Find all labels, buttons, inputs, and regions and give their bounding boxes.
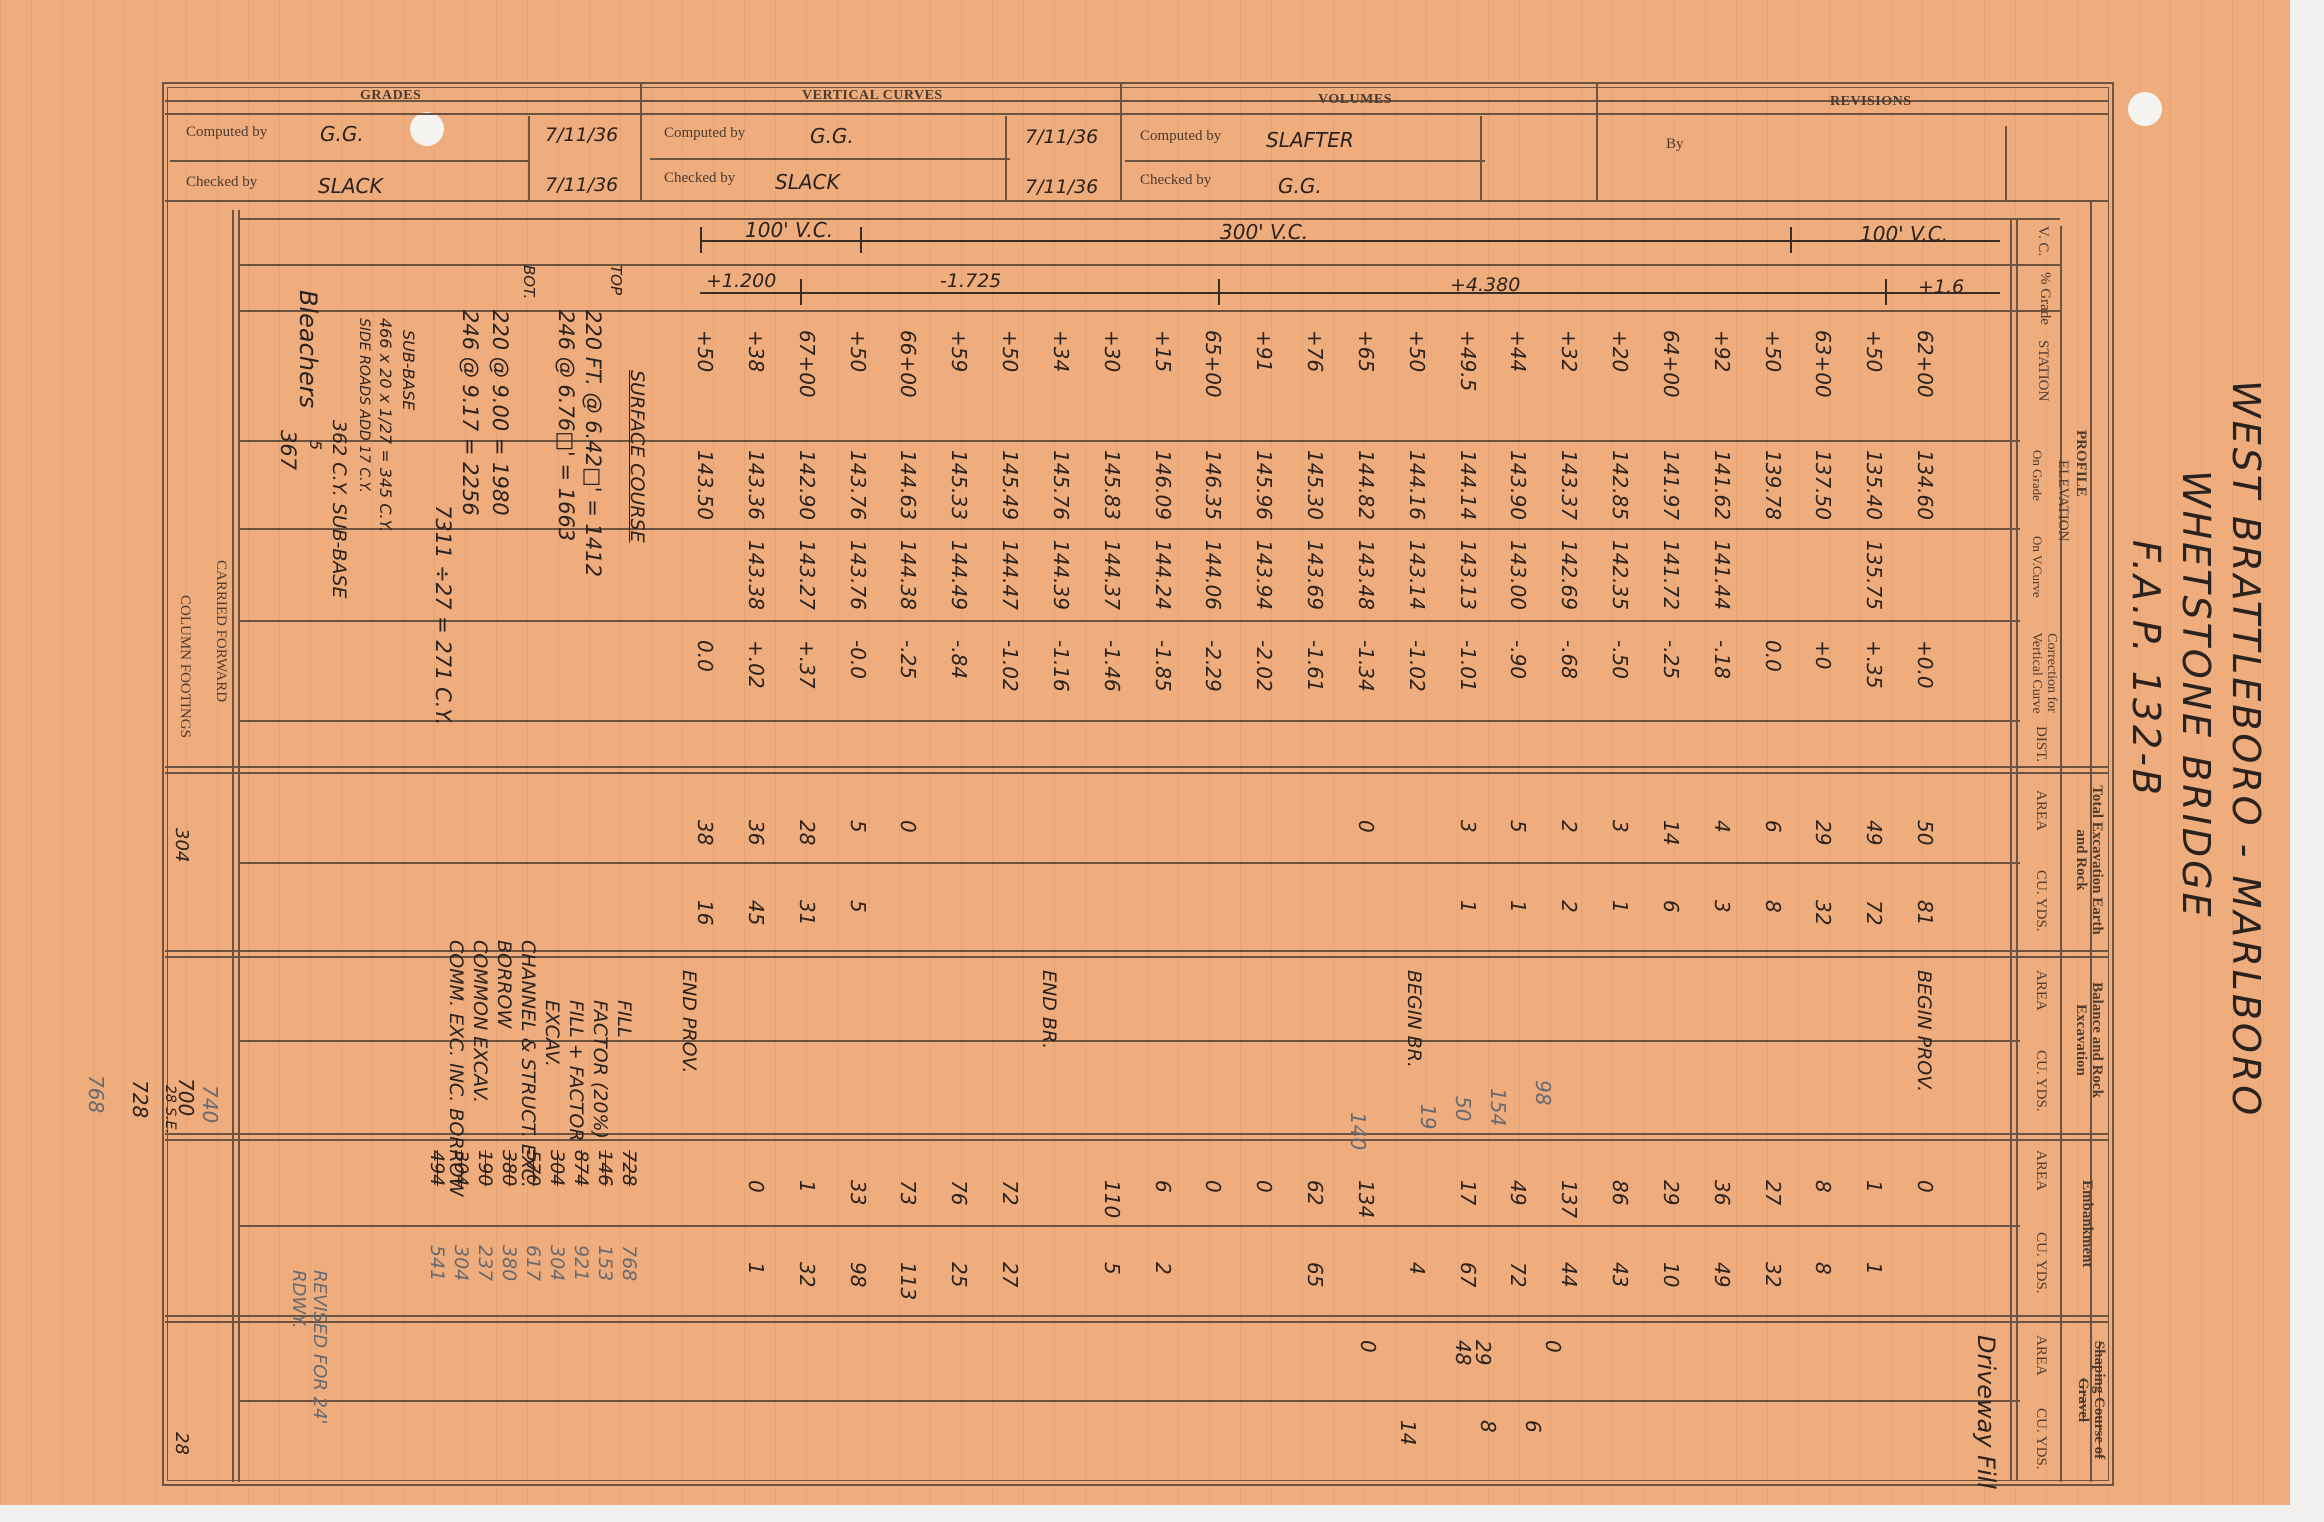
total-excavation-cuyds-cell: 81 xyxy=(1913,900,1937,925)
summary-original-value: 304 xyxy=(450,1150,472,1186)
end-br-note: END BR. xyxy=(1038,970,1060,1049)
footer-28: 28 xyxy=(171,1432,192,1455)
summary-original-value: 874 xyxy=(570,1150,592,1186)
summary-revised-value: 304 xyxy=(450,1245,472,1281)
project-title-line1: WEST BRATTLEBORO - MARLBORO xyxy=(2224,380,2268,1118)
grade-label-2: -1.725 xyxy=(940,270,1001,292)
elevation-on-curve-cell: 144.06 xyxy=(1201,540,1225,610)
total-excavation-area-cell: 5 xyxy=(1506,820,1530,833)
station-cell: +50 xyxy=(846,330,870,372)
summary-revised-value: 768 xyxy=(618,1245,640,1281)
embankment-cuyds-cell: 32 xyxy=(1761,1262,1785,1287)
station-cell: 67+00 xyxy=(795,330,819,398)
total-excavation-area-cell: 29 xyxy=(1811,820,1835,845)
grade-label-3: +4.380 xyxy=(1450,274,1520,296)
revisions-title: REVISIONS xyxy=(1830,94,1912,110)
summary-revised-value: 304 xyxy=(546,1245,568,1281)
correction-cell: 0.0 xyxy=(693,640,717,672)
elevation-on-grade-cell: 143.36 xyxy=(744,450,768,520)
correction-cell: -0.0 xyxy=(846,640,870,679)
sub-base-total: 367 xyxy=(276,430,300,470)
header-elevation: ELEVATION xyxy=(2054,460,2070,541)
elevation-on-grade-cell: 135.40 xyxy=(1862,450,1886,520)
elevation-on-curve-cell: 143.69 xyxy=(1303,540,1327,610)
station-cell: +50 xyxy=(1405,330,1429,372)
summary-original-value: 304 xyxy=(546,1150,568,1186)
elevation-on-grade-cell: 144.14 xyxy=(1456,450,1480,520)
header-te-area: AREA xyxy=(2032,790,2048,831)
elevation-on-grade-cell: 145.83 xyxy=(1100,450,1124,520)
side-roads-note: SIDE ROADS ADD 17 C.Y. xyxy=(356,318,372,493)
surface-course-label: SURFACE COURSE xyxy=(626,370,648,543)
embankment-cuyds-cell: 98 xyxy=(846,1262,870,1287)
elevation-on-curve-cell: 144.47 xyxy=(998,540,1022,610)
surface-line-3: 220 @ 9.00 = 1980 xyxy=(488,310,512,516)
total-excavation-cuyds-cell: 1 xyxy=(1608,900,1632,913)
embankment-area-cell: 6 xyxy=(1151,1180,1175,1193)
volumes-computed-by: SLAFTER xyxy=(1266,128,1354,152)
total-excavation-cuyds-cell: 32 xyxy=(1811,900,1835,925)
elevation-on-curve-cell: 143.38 xyxy=(744,540,768,610)
total-excavation-area-cell: 0 xyxy=(896,820,920,833)
elevation-on-grade-cell: 144.16 xyxy=(1405,450,1429,520)
elevation-on-curve-cell: 143.48 xyxy=(1354,540,1378,610)
embankment-cuyds-cell: 5 xyxy=(1100,1262,1124,1275)
elevation-on-grade-cell: 143.50 xyxy=(693,450,717,520)
elevation-on-grade-cell: 145.30 xyxy=(1303,450,1327,520)
volumes-title: VOLUMES xyxy=(1318,92,1392,108)
correction-cell: +0 xyxy=(1811,640,1835,669)
station-cell: +44 xyxy=(1506,330,1530,372)
embankment-area-cell: 49 xyxy=(1506,1180,1530,1205)
begin-prov-note: BEGIN PROV. xyxy=(1913,970,1935,1092)
embankment-area-cell: 134 xyxy=(1354,1180,1378,1218)
header-profile: PROFILE xyxy=(2072,430,2088,497)
sub-base-label: SUB-BASE xyxy=(399,330,418,411)
balance-pencil-value: 98 xyxy=(1531,1080,1555,1105)
elevation-on-grade-cell: 144.82 xyxy=(1354,450,1378,520)
correction-cell: -1.46 xyxy=(1100,640,1124,692)
revised-note: REVISED FOR 24' RDWY. xyxy=(288,1270,330,1430)
total-excavation-cuyds-cell: 3 xyxy=(1710,900,1734,913)
station-cell: +15 xyxy=(1151,330,1175,372)
balance-pencil-value: 19 xyxy=(1416,1104,1440,1129)
embankment-area-cell: 86 xyxy=(1608,1180,1632,1205)
embankment-area-cell: 27 xyxy=(1761,1180,1785,1205)
correction-cell: -.25 xyxy=(1659,640,1683,679)
summary-label: FILL + FACTOR xyxy=(565,1000,587,1142)
summary-revised-value: 237 xyxy=(474,1245,496,1281)
elevation-on-grade-cell: 145.33 xyxy=(947,450,971,520)
elevation-on-curve-cell: 143.14 xyxy=(1405,540,1429,610)
correction-cell: -.18 xyxy=(1710,640,1734,679)
header-br-area: AREA xyxy=(2032,970,2048,1011)
station-cell: 66+00 xyxy=(896,330,920,398)
summary-label: EXCAV. xyxy=(541,1000,563,1067)
embankment-cuyds-cell: 49 xyxy=(1710,1262,1734,1287)
footer-740: 740 xyxy=(198,1085,222,1123)
summary-original-value: 190 xyxy=(474,1150,496,1186)
bleachers-note: Bleachers xyxy=(294,290,322,408)
embankment-cuyds-cell: 43 xyxy=(1608,1262,1632,1287)
embankment-cuyds-cell: 72 xyxy=(1506,1262,1530,1287)
total-excavation-cuyds-cell: 72 xyxy=(1862,900,1886,925)
correction-cell: -.25 xyxy=(896,640,920,679)
elevation-on-grade-cell: 144.63 xyxy=(896,450,920,520)
station-cell: +38 xyxy=(744,330,768,372)
station-cell: +34 xyxy=(1049,330,1073,372)
station-cell: +50 xyxy=(1761,330,1785,372)
total-excavation-cuyds-cell: 2 xyxy=(1557,900,1581,913)
elevation-on-curve-cell: 141.44 xyxy=(1710,540,1734,610)
summary-original-value: 380 xyxy=(498,1150,520,1186)
embankment-cuyds-cell: 32 xyxy=(795,1262,819,1287)
total-excavation-cuyds-cell: 1 xyxy=(1506,900,1530,913)
elevation-on-grade-cell: 141.62 xyxy=(1710,450,1734,520)
surface-total: 7311 ÷27 = 271 C.Y. xyxy=(431,505,455,725)
elevation-on-curve-cell: 144.37 xyxy=(1100,540,1124,610)
summary-original-value: 146 xyxy=(594,1150,616,1186)
shaping-cuyds-value: 8 xyxy=(1476,1420,1500,1433)
embankment-area-cell: 0 xyxy=(744,1180,768,1193)
total-excavation-area-cell: 4 xyxy=(1710,820,1734,833)
elevation-on-grade-cell: 146.35 xyxy=(1201,450,1225,520)
station-cell: +32 xyxy=(1557,330,1581,372)
correction-cell: -1.34 xyxy=(1354,640,1378,692)
embankment-area-cell: 33 xyxy=(846,1180,870,1205)
summary-label: FACTOR (20%) xyxy=(589,1000,611,1139)
summary-label: COMMON EXCAV. xyxy=(469,940,491,1103)
column-footings-label: COLUMN FOOTINGS xyxy=(176,595,192,738)
header-emb-cuyds: CU. YDS. xyxy=(2032,1232,2048,1294)
elevation-on-grade-cell: 141.97 xyxy=(1659,450,1683,520)
header-total-excavation: Total Excavation Earth and Rock xyxy=(2073,780,2105,940)
computation-sheet: GRADES Computed by G.G. 7/11/36 Checked … xyxy=(0,0,2290,1505)
embankment-cuyds-cell: 113 xyxy=(896,1262,920,1300)
embankment-cuyds-cell: 10 xyxy=(1659,1262,1683,1287)
header-br-cuyds: CU. YDS. xyxy=(2032,1050,2048,1112)
revisions-by-label: By xyxy=(1666,136,1684,153)
vertical-curves-title: VERTICAL CURVES xyxy=(802,88,943,104)
bot-label: BOT. xyxy=(520,265,538,299)
elevation-on-grade-cell: 134.60 xyxy=(1913,450,1937,520)
station-cell: +65 xyxy=(1354,330,1378,372)
total-excavation-area-cell: 0 xyxy=(1354,820,1378,833)
header-correction: Correction for Vertical Curve xyxy=(2029,628,2058,718)
project-title-line2: WHETSTONE BRIDGE xyxy=(2174,470,2218,920)
summary-revised-value: 541 xyxy=(426,1245,448,1281)
elevation-on-grade-cell: 145.76 xyxy=(1049,450,1073,520)
elevation-on-curve-cell: 144.24 xyxy=(1151,540,1175,610)
vc-checked-by: SLACK xyxy=(775,170,840,194)
elevation-on-curve-cell: 144.39 xyxy=(1049,540,1073,610)
elevation-on-curve-cell: 143.94 xyxy=(1252,540,1276,610)
station-cell: 65+00 xyxy=(1201,330,1225,398)
correction-cell: -.50 xyxy=(1608,640,1632,679)
embankment-area-cell: 29 xyxy=(1659,1180,1683,1205)
balance-pencil-value: 154 xyxy=(1486,1088,1510,1126)
total-excavation-cuyds-cell: 8 xyxy=(1761,900,1785,913)
surface-line-4: 246 @ 9.17 = 2256 xyxy=(458,310,482,516)
header-embankment: Embankment xyxy=(2078,1180,2094,1268)
station-cell: 62+00 xyxy=(1913,330,1937,398)
elevation-on-grade-cell: 143.90 xyxy=(1506,450,1530,520)
header-balance-rock: Balance and Rock Excavation xyxy=(2073,970,2105,1110)
header-emb-area: AREA xyxy=(2032,1150,2048,1191)
embankment-cuyds-cell: 1 xyxy=(1862,1262,1886,1275)
embankment-area-cell: 0 xyxy=(1252,1180,1276,1193)
elevation-on-curve-cell: 143.76 xyxy=(846,540,870,610)
correction-cell: -1.16 xyxy=(1049,640,1073,692)
correction-cell: -1.02 xyxy=(998,640,1022,692)
summary-original-value: 728 xyxy=(618,1150,640,1186)
elevation-on-grade-cell: 146.09 xyxy=(1151,450,1175,520)
embankment-cuyds-cell: 67 xyxy=(1456,1262,1480,1287)
total-excavation-cuyds-cell: 1 xyxy=(1456,900,1480,913)
total-excavation-area-cell: 49 xyxy=(1862,820,1886,845)
elevation-on-curve-cell: 142.35 xyxy=(1608,540,1632,610)
total-excavation-area-cell: 5 xyxy=(846,820,870,833)
header-shaping: Shaping Course of Gravel xyxy=(2075,1330,2107,1470)
total-excavation-area-cell: 50 xyxy=(1913,820,1937,845)
embankment-area-cell: 72 xyxy=(998,1180,1022,1205)
summary-revised-value: 921 xyxy=(570,1245,592,1281)
elevation-on-curve-cell: 141.72 xyxy=(1659,540,1683,610)
grades-checked-label: Checked by xyxy=(186,174,257,191)
correction-cell: -1.01 xyxy=(1456,640,1480,692)
embankment-cuyds-cell: 27 xyxy=(998,1262,1022,1287)
station-cell: +59 xyxy=(947,330,971,372)
embankment-area-cell: 0 xyxy=(1913,1180,1937,1193)
station-cell: +20 xyxy=(1608,330,1632,372)
elevation-on-grade-cell: 137.50 xyxy=(1811,450,1835,520)
elevation-on-grade-cell: 145.96 xyxy=(1252,450,1276,520)
total-excavation-area-cell: 38 xyxy=(693,820,717,845)
grades-title: GRADES xyxy=(360,88,421,104)
volumes-checked-label: Checked by xyxy=(1140,172,1211,189)
station-cell: +76 xyxy=(1303,330,1327,372)
elevation-on-grade-cell: 142.85 xyxy=(1608,450,1632,520)
vc-label-1: 100' V.C. xyxy=(745,218,833,242)
elevation-on-curve-cell: 135.75 xyxy=(1862,540,1886,610)
elevation-on-grade-cell: 143.76 xyxy=(846,450,870,520)
vc-checked-date: 7/11/36 xyxy=(1025,176,1098,198)
footer-768: 768 xyxy=(84,1075,108,1113)
station-cell: +30 xyxy=(1100,330,1124,372)
grades-computed-date: 7/11/36 xyxy=(545,124,618,146)
total-excavation-area-cell: 36 xyxy=(744,820,768,845)
grades-computed-by: G.G. xyxy=(320,122,364,146)
correction-cell: -2.02 xyxy=(1252,640,1276,692)
total-excavation-cuyds-cell: 45 xyxy=(744,900,768,925)
elevation-on-grade-cell: 143.37 xyxy=(1557,450,1581,520)
summary-revised-value: 380 xyxy=(498,1245,520,1281)
grades-checked-by: SLACK xyxy=(318,174,383,198)
station-cell: 64+00 xyxy=(1659,330,1683,398)
summary-revised-value: 617 xyxy=(522,1245,544,1281)
station-cell: +49.5 xyxy=(1456,330,1480,391)
summary-revised-value: 153 xyxy=(594,1245,616,1281)
embankment-cuyds-cell: 25 xyxy=(947,1262,971,1287)
volumes-computed-label: Computed by xyxy=(1140,128,1221,145)
header-on-grade: On Grade xyxy=(2030,450,2044,501)
header-te-cuyds: CU. YDS. xyxy=(2032,870,2048,932)
footer-728: 728 xyxy=(128,1080,152,1118)
embankment-area-cell: 137 xyxy=(1557,1180,1581,1218)
embankment-area-cell: 8 xyxy=(1811,1180,1835,1193)
summary-original-value: 494 xyxy=(426,1150,448,1186)
elevation-on-curve-cell: 143.13 xyxy=(1456,540,1480,610)
vc-computed-label: Computed by xyxy=(664,125,745,142)
shaping-area-value: 0 xyxy=(1356,1340,1380,1353)
embankment-area-cell: 76 xyxy=(947,1180,971,1205)
correction-cell: -1.02 xyxy=(1405,640,1429,692)
shaping-area-value: 48 xyxy=(1451,1340,1475,1365)
embankment-cuyds-cell: 2 xyxy=(1151,1262,1175,1275)
correction-cell: -1.85 xyxy=(1151,640,1175,692)
header-station: STATION xyxy=(2034,340,2050,401)
correction-cell: +.02 xyxy=(744,640,768,689)
summary-label: FILL xyxy=(613,1000,635,1038)
sub-base-plus: 5 xyxy=(306,440,325,450)
total-excavation-cuyds-cell: 6 xyxy=(1659,900,1683,913)
correction-cell: +.37 xyxy=(795,640,819,689)
grade-dimension-line xyxy=(700,292,2000,294)
balance-pencil-value: 50 xyxy=(1451,1096,1475,1121)
balance-pencil-value: 140 xyxy=(1346,1112,1370,1150)
correction-cell: 0.0 xyxy=(1761,640,1785,672)
embankment-cuyds-cell: 44 xyxy=(1557,1262,1581,1287)
station-cell: +50 xyxy=(1862,330,1886,372)
total-excavation-cuyds-cell: 5 xyxy=(846,900,870,913)
elevation-on-grade-cell: 142.90 xyxy=(795,450,819,520)
total-excavation-cuyds-cell: 31 xyxy=(795,900,819,925)
header-vc: V. C. xyxy=(2034,226,2050,256)
shaping-area-value: 0 xyxy=(1541,1340,1565,1353)
summary-original-value: 570 xyxy=(522,1150,544,1186)
vc-label-3: 100' V.C. xyxy=(1860,222,1948,246)
vc-computed-date: 7/11/36 xyxy=(1025,126,1098,148)
embankment-area-cell: 62 xyxy=(1303,1180,1327,1205)
total-excavation-area-cell: 3 xyxy=(1608,820,1632,833)
end-prov-note: END PROV. xyxy=(678,970,700,1073)
header-sh-area: AREA xyxy=(2032,1335,2048,1376)
sub-base-sum: 362 C.Y. SUB-BASE xyxy=(328,420,350,598)
embankment-cuyds-cell: 1 xyxy=(744,1262,768,1275)
carried-forward-304: 304 xyxy=(171,828,192,862)
vc-dimension-line xyxy=(700,240,2000,242)
embankment-area-cell: 73 xyxy=(896,1180,920,1205)
correction-cell: -.68 xyxy=(1557,640,1581,679)
embankment-area-cell: 110 xyxy=(1100,1180,1124,1218)
correction-cell: -2.29 xyxy=(1201,640,1225,692)
elevation-on-curve-cell: 143.00 xyxy=(1506,540,1530,610)
header-dist: DIST. xyxy=(2032,726,2048,762)
total-excavation-cuyds-cell: 16 xyxy=(693,900,717,925)
grades-computed-label: Computed by xyxy=(186,124,267,141)
vc-checked-label: Checked by xyxy=(664,170,735,187)
total-excavation-area-cell: 14 xyxy=(1659,820,1683,845)
shaping-cuyds-value: 14 xyxy=(1396,1420,1420,1445)
header-sh-cuyds: CU. YDS. xyxy=(2032,1408,2048,1470)
station-cell: +50 xyxy=(998,330,1022,372)
punch-hole xyxy=(2128,92,2162,126)
embankment-area-cell: 17 xyxy=(1456,1180,1480,1205)
surface-line-2: 246 @ 6.76□' = 1663 xyxy=(554,310,578,541)
grades-checked-date: 7/11/36 xyxy=(545,174,618,196)
top-label: TOP xyxy=(607,265,625,295)
station-cell: 63+00 xyxy=(1811,330,1835,398)
total-excavation-area-cell: 3 xyxy=(1456,820,1480,833)
embankment-area-cell: 0 xyxy=(1201,1180,1225,1193)
correction-cell: +0.0 xyxy=(1913,640,1937,689)
elevation-on-curve-cell: 142.69 xyxy=(1557,540,1581,610)
station-cell: +50 xyxy=(693,330,717,372)
total-excavation-area-cell: 28 xyxy=(795,820,819,845)
vc-computed-by: G.G. xyxy=(810,124,854,148)
header-grade: % Grade xyxy=(2036,272,2052,325)
driveway-fill-note: Driveway Fill xyxy=(1972,1335,2000,1489)
shaping-cuyds-value: 6 xyxy=(1521,1420,1545,1433)
embankment-area-cell: 36 xyxy=(1710,1180,1734,1205)
grade-label-4: +1.6 xyxy=(1918,276,1964,298)
begin-br-note: BEGIN BR. xyxy=(1403,970,1425,1068)
embankment-cuyds-cell: 8 xyxy=(1811,1262,1835,1275)
embankment-cuyds-cell: 65 xyxy=(1303,1262,1327,1287)
correction-cell: +.35 xyxy=(1862,640,1886,689)
correction-cell: -.84 xyxy=(947,640,971,679)
header-on-vcurve: On V.Curve xyxy=(2030,536,2044,598)
footer-28se: 28 S.E. xyxy=(162,1085,178,1134)
station-cell: +91 xyxy=(1252,330,1276,372)
embankment-cuyds-cell: 4 xyxy=(1405,1262,1429,1275)
total-excavation-area-cell: 2 xyxy=(1557,820,1581,833)
total-excavation-area-cell: 6 xyxy=(1761,820,1785,833)
elevation-on-curve-cell: 143.27 xyxy=(795,540,819,610)
summary-label: BORROW xyxy=(493,940,515,1028)
grade-label-1: +1.200 xyxy=(706,270,776,292)
station-cell: +92 xyxy=(1710,330,1734,372)
sub-base-calc: 466 x 20 x 1/27 = 345 C.Y. xyxy=(376,318,395,532)
embankment-area-cell: 1 xyxy=(1862,1180,1886,1193)
correction-cell: -1.61 xyxy=(1303,640,1327,692)
elevation-on-grade-cell: 139.78 xyxy=(1761,450,1785,520)
project-title-line3: F.A.P. 132-B xyxy=(2124,540,2168,798)
embankment-area-cell: 1 xyxy=(795,1180,819,1193)
volumes-checked-by: G.G. xyxy=(1278,174,1322,198)
carried-forward-label: CARRIED FORWARD xyxy=(212,560,228,702)
correction-cell: -.90 xyxy=(1506,640,1530,679)
surface-line-1: 220 FT. @ 6.42□' = 1412 xyxy=(581,310,605,577)
elevation-on-grade-cell: 145.49 xyxy=(998,450,1022,520)
elevation-on-curve-cell: 144.38 xyxy=(896,540,920,610)
elevation-on-curve-cell: 144.49 xyxy=(947,540,971,610)
vc-label-2: 300' V.C. xyxy=(1220,220,1308,244)
